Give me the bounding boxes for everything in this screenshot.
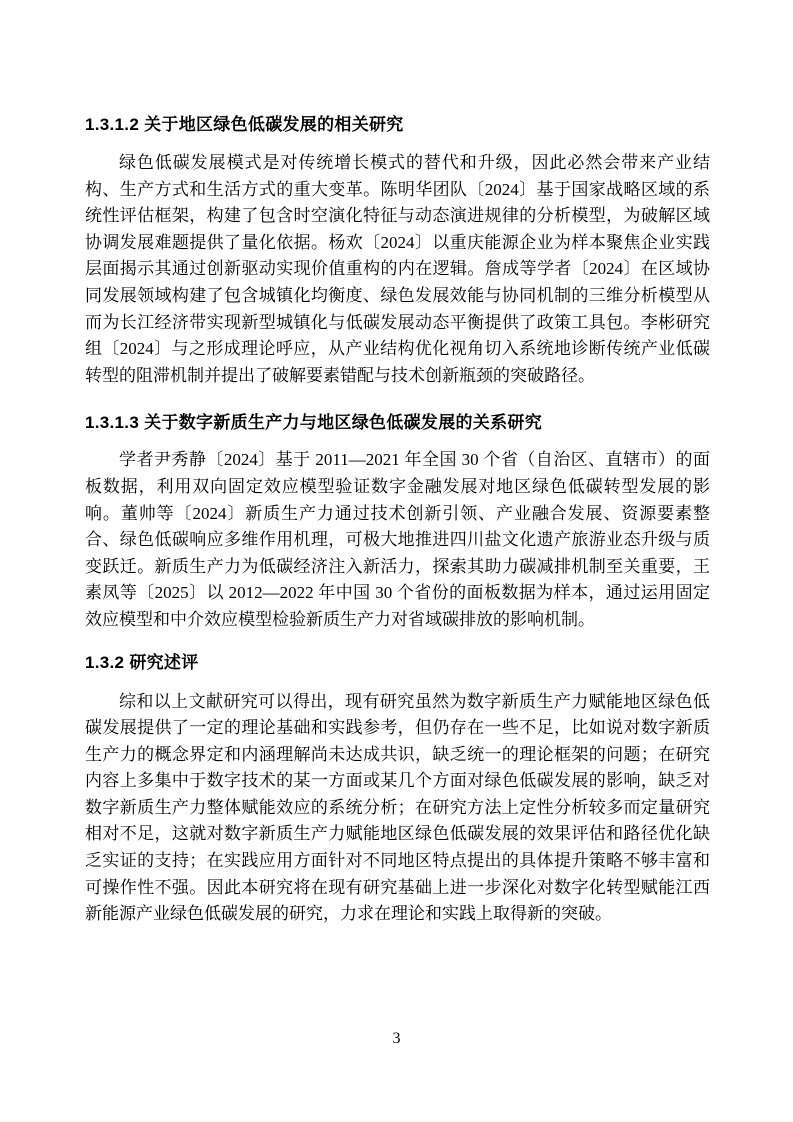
paragraph-digital-productivity-relation: 学者尹秀静〔2024〕基于 2011—2021 年全国 30 个省（自治区、直辖… bbox=[85, 447, 710, 633]
paragraph-region-green-low-carbon: 绿色低碳发展模式是对传统增长模式的替代和升级，因此必然会带来产业结构、生产方式和… bbox=[85, 150, 710, 389]
section-heading-1312: 1.3.1.2 关于地区绿色低碳发展的相关研究 bbox=[85, 113, 710, 137]
paragraph-research-review: 综和以上文献研究可以得出，现有研究虽然为数字新质生产力赋能地区绿色低碳发展提供了… bbox=[85, 689, 710, 928]
page-number: 3 bbox=[0, 1030, 793, 1048]
section-heading-132: 1.3.2 研究述评 bbox=[85, 651, 710, 675]
section-heading-1313: 1.3.1.3 关于数字新质生产力与地区绿色低碳发展的关系研究 bbox=[85, 411, 710, 435]
text-column: 1.3.1.2 关于地区绿色低碳发展的相关研究 绿色低碳发展模式是对传统增长模式… bbox=[85, 0, 710, 928]
document-page: 1.3.1.2 关于地区绿色低碳发展的相关研究 绿色低碳发展模式是对传统增长模式… bbox=[0, 0, 793, 1122]
